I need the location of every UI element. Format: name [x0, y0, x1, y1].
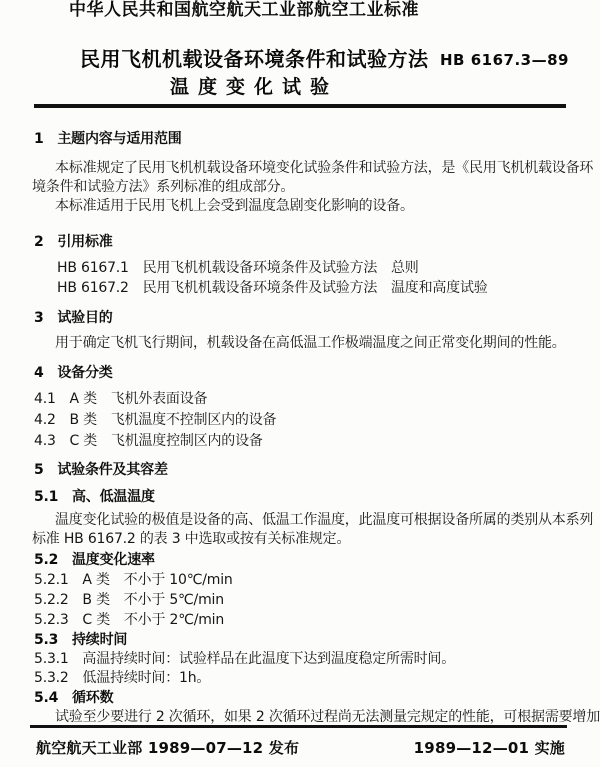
- section-5-3-heading: 5.3 持续时间: [34, 629, 127, 649]
- section-5-1-heading: 5.1 高、低温温度: [34, 486, 155, 506]
- section-5-1-paragraph-line-2: 标准 HB 6167.2 的表 3 中选取或按有关标准规定。: [32, 528, 350, 548]
- section-1-paragraph-1-line-1: 本标准规定了民用飞机机载设备环境变化试验条件和试验方法，是《民用飞机机载设备环: [55, 157, 593, 177]
- section-4-heading: 4 设备分类: [34, 362, 113, 382]
- section-1-paragraph-1-line-2: 境条件和试验方法》系列标准的组成部分。: [32, 176, 294, 196]
- standard-document-page: 中华人民共和国航空航天工业部航空工业标准 民用飞机机载设备环境条件和试验方法 H…: [0, 0, 600, 767]
- document-title: 民用飞机机载设备环境条件和试验方法: [80, 43, 429, 72]
- section-2-heading: 2 引用标准: [34, 231, 113, 251]
- section-4-item-class-c: 4.3 C 类 飞机温度控制区内的设备: [34, 430, 263, 450]
- section-1-paragraph-2: 本标准适用于民用飞机上会受到温度急剧变化影响的设备。: [55, 195, 414, 215]
- section-2-reference-1: HB 6167.1 民用飞机机载设备环境条件及试验方法 总则: [57, 257, 419, 277]
- footer-divider-rule: [30, 725, 567, 728]
- section-5-3-item-2: 5.3.2 低温持续时间：1h。: [34, 667, 210, 687]
- section-5-1-paragraph-line-1: 温度变化试验的极值是设备的高、低温工作温度，此温度可根据设备所属的类别从本系列: [55, 509, 593, 529]
- footer-effective-date: 1989—12—01 实施: [414, 737, 565, 758]
- document-subtitle: 温度变化试验: [170, 72, 338, 99]
- section-5-2-heading: 5.2 温度变化速率: [34, 549, 155, 569]
- section-5-4-heading: 5.4 循环数: [34, 687, 113, 707]
- section-4-item-class-a: 4.1 A 类 飞机外表面设备: [34, 388, 207, 408]
- section-3-paragraph: 用于确定飞机飞行期间，机载设备在高低温工作极端温度之间正常变化期间的性能。: [55, 332, 566, 352]
- issuing-org-header: 中华人民共和国航空航天工业部航空工业标准: [69, 0, 419, 20]
- footer-issued-date: 航空航天工业部 1989—07—12 发布: [36, 737, 299, 758]
- section-4-item-class-b: 4.2 B 类 飞机温度不控制区内的设备: [34, 409, 276, 429]
- section-2-reference-2: HB 6167.2 民用飞机机载设备环境条件及试验方法 温度和高度试验: [57, 277, 488, 297]
- section-5-4-paragraph: 试验至少要进行 2 次循环，如果 2 次循环过程尚无法测量完规定的性能，可根据需…: [55, 706, 600, 726]
- section-3-heading: 3 试验目的: [34, 307, 113, 327]
- section-5-2-item-class-b: 5.2.2 B 类 不小于 5℃/min: [34, 589, 224, 609]
- title-divider-rule: [34, 104, 566, 108]
- section-5-2-item-class-c: 5.2.3 C 类 不小于 2℃/min: [34, 609, 224, 629]
- standard-number: HB 6167.3—89: [440, 51, 569, 69]
- section-5-3-item-1: 5.3.1 高温持续时间：试验样品在此温度下达到温度稳定所需时间。: [34, 648, 455, 668]
- section-5-heading: 5 试验条件及其容差: [34, 459, 168, 479]
- section-1-heading: 1 主题内容与适用范围: [34, 128, 182, 148]
- section-5-2-item-class-a: 5.2.1 A 类 不小于 10℃/min: [34, 569, 233, 589]
